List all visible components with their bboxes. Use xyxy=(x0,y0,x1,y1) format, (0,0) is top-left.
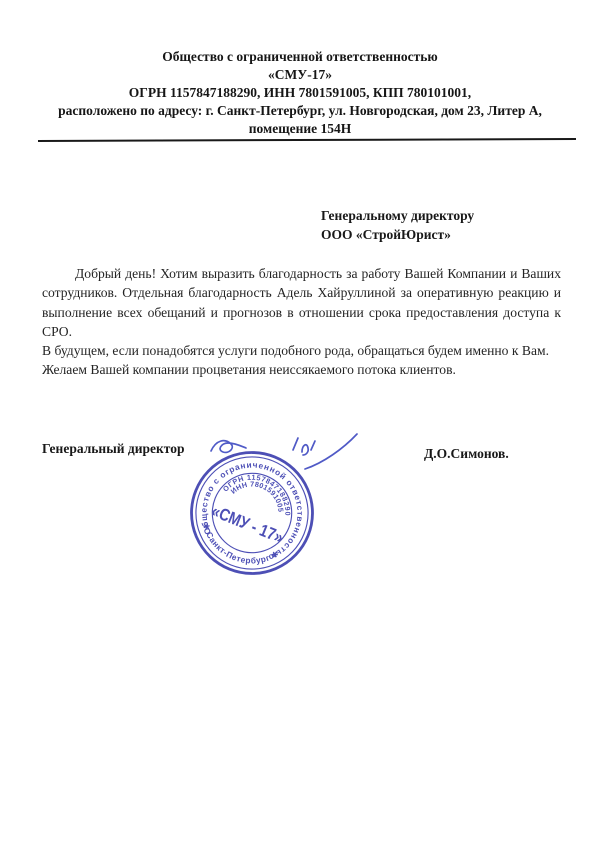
signature-flourish xyxy=(211,441,246,453)
body-paragraph-3: Желаем Вашей компании процветания неисся… xyxy=(42,360,561,379)
signer-position: Генеральный директор xyxy=(42,441,184,457)
handwritten-signature xyxy=(205,428,365,476)
body-paragraph-2: В будущем, если понадобятся услуги подоб… xyxy=(42,341,561,360)
letterhead-address-line1: расположено по адресу: г. Санкт-Петербур… xyxy=(30,102,570,120)
letter-body: Добрый день! Хотим выразить благодарност… xyxy=(42,264,561,380)
letterhead: Общество с ограниченной ответственностью… xyxy=(30,48,570,138)
letter-page: Общество с ограниченной ответственностью… xyxy=(0,0,595,841)
recipient-company: ООО «СтройЮрист» xyxy=(321,225,474,244)
signature-tick-2 xyxy=(302,445,308,455)
recipient-block: Генеральному директору ООО «СтройЮрист» xyxy=(321,206,474,244)
signature-long-stroke xyxy=(305,434,357,469)
letterhead-company-type: Общество с ограниченной ответственностью xyxy=(30,48,570,66)
stamp-center-text: «СМУ - 17» xyxy=(209,501,286,547)
letterhead-address-line2: помещение 154Н xyxy=(30,120,570,138)
letterhead-registration-numbers: ОГРН 1157847188290, ИНН 7801591005, КПП … xyxy=(30,84,570,102)
signature-tick-3 xyxy=(311,441,315,450)
body-paragraph-1: Добрый день! Хотим выразить благодарност… xyxy=(42,264,561,341)
signer-name: Д.О.Симонов. xyxy=(424,446,509,462)
letterhead-divider xyxy=(38,138,576,142)
recipient-title: Генеральному директору xyxy=(321,206,474,225)
letterhead-company-name: «СМУ-17» xyxy=(30,66,570,84)
signature-tick-1 xyxy=(293,438,298,450)
